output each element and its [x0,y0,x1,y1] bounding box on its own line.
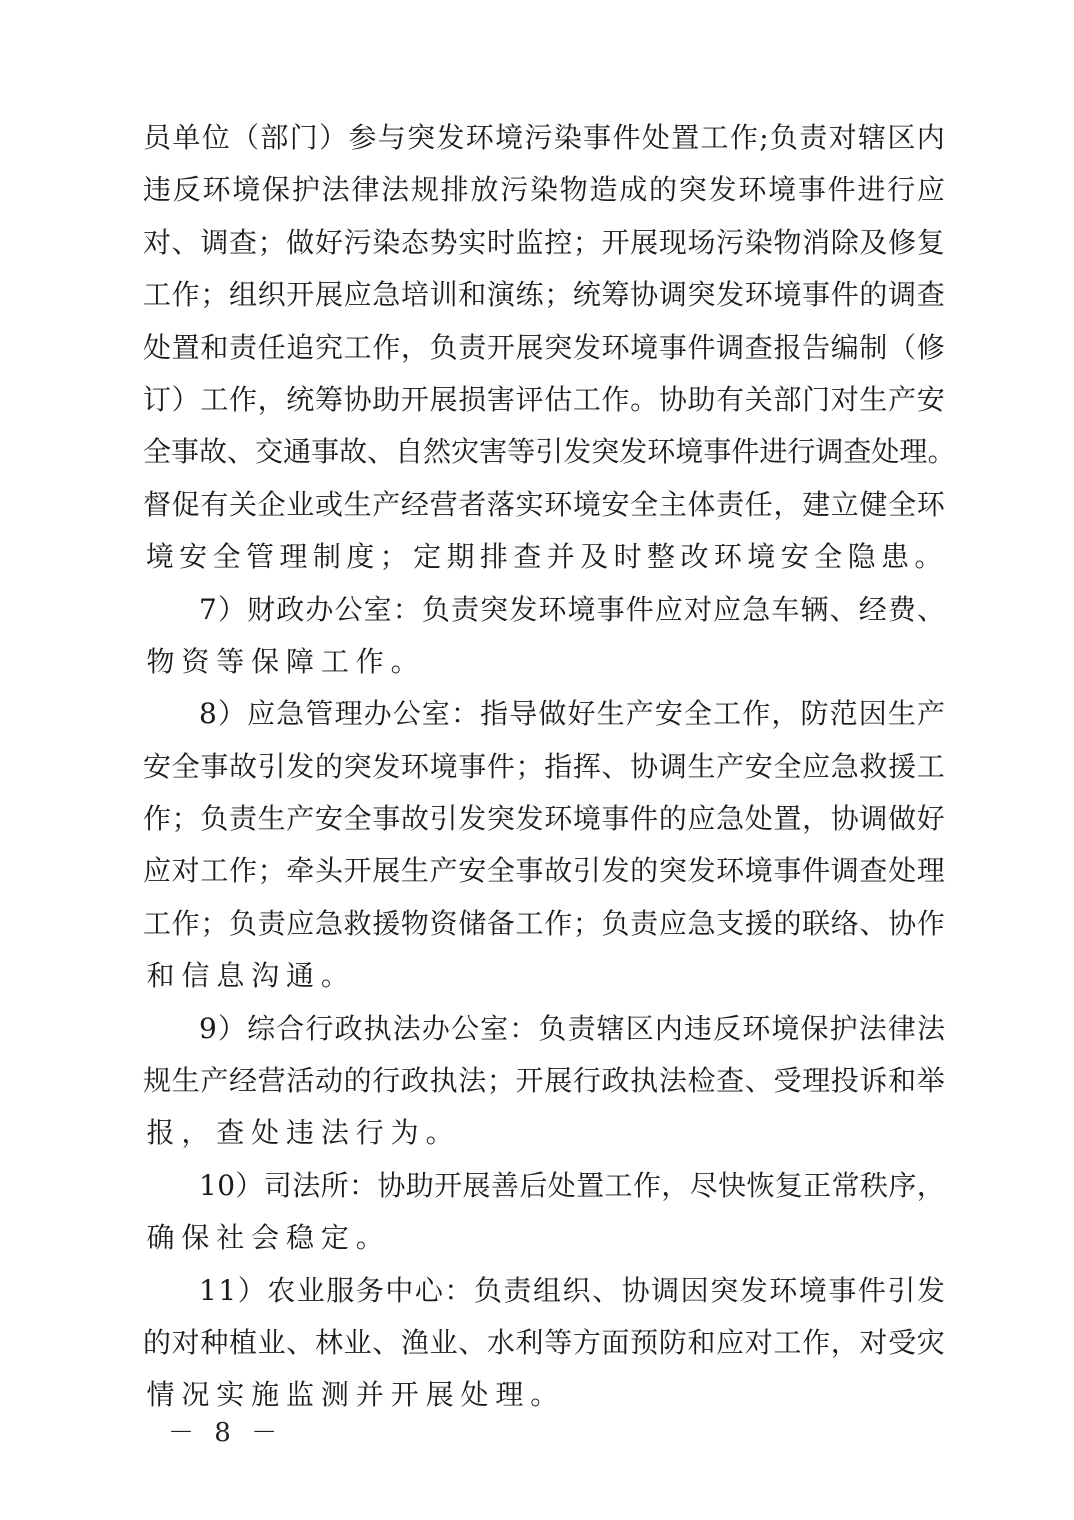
text-line: 工作；组织开展应急培训和演练；统筹协调突发环境事件的调查 [143,269,945,321]
document-page: 员单位（部门）参与突发环境污染事件处置工作;负责对辖区内违反环境保护法律法规排放… [0,0,1074,1520]
text-line: 7）财政办公室：负责突发环境事件应对应急车辆、经费、 [143,584,945,636]
text-line: 10）司法所：协助开展善后处置工作，尽快恢复正常秩序， [143,1160,945,1212]
text-line: 8）应急管理办公室：指导做好生产安全工作，防范因生产 [143,688,945,740]
body-text: 员单位（部门）参与突发环境污染事件处置工作;负责对辖区内违反环境保护法律法规排放… [143,112,945,1422]
text-line: 全事故、交通事故、自然灾害等引发突发环境事件进行调查处理。 [143,426,945,478]
text-line: 违反环境保护法律法规排放污染物造成的突发环境事件进行应 [143,164,945,216]
text-line: 报，查处违法行为。 [143,1107,945,1159]
text-line: 物资等保障工作。 [143,636,945,688]
page-number: － 8 － [168,1412,283,1449]
text-line: 规生产经营活动的行政执法；开展行政执法检查、受理投诉和举 [143,1055,945,1107]
text-line: 督促有关企业或生产经营者落实环境安全主体责任，建立健全环 [143,479,945,531]
text-line: 工作；负责应急救援物资储备工作；负责应急支援的联络、协作 [143,898,945,950]
text-line: 应对工作；牵头开展生产安全事故引发的突发环境事件调查处理 [143,845,945,897]
text-line: 对、调查；做好污染态势实时监控；开展现场污染物消除及修复 [143,217,945,269]
text-line: 境安全管理制度；定期排查并及时整改环境安全隐患。 [143,531,945,583]
text-line: 和信息沟通。 [143,950,945,1002]
text-line: 作；负责生产安全事故引发突发环境事件的应急处置，协调做好 [143,793,945,845]
text-line: 确保社会稳定。 [143,1212,945,1264]
text-line: 9）综合行政执法办公室：负责辖区内违反环境保护法律法 [143,1003,945,1055]
text-line: 处置和责任追究工作，负责开展突发环境事件调查报告编制（修 [143,322,945,374]
text-line: 11）农业服务中心：负责组织、协调因突发环境事件引发 [143,1265,945,1317]
text-line: 的对种植业、林业、渔业、水利等方面预防和应对工作，对受灾 [143,1317,945,1369]
text-line: 员单位（部门）参与突发环境污染事件处置工作;负责对辖区内 [143,112,945,164]
text-line: 订）工作，统筹协助开展损害评估工作。协助有关部门对生产安 [143,374,945,426]
text-line: 安全事故引发的突发环境事件；指挥、协调生产安全应急救援工 [143,741,945,793]
